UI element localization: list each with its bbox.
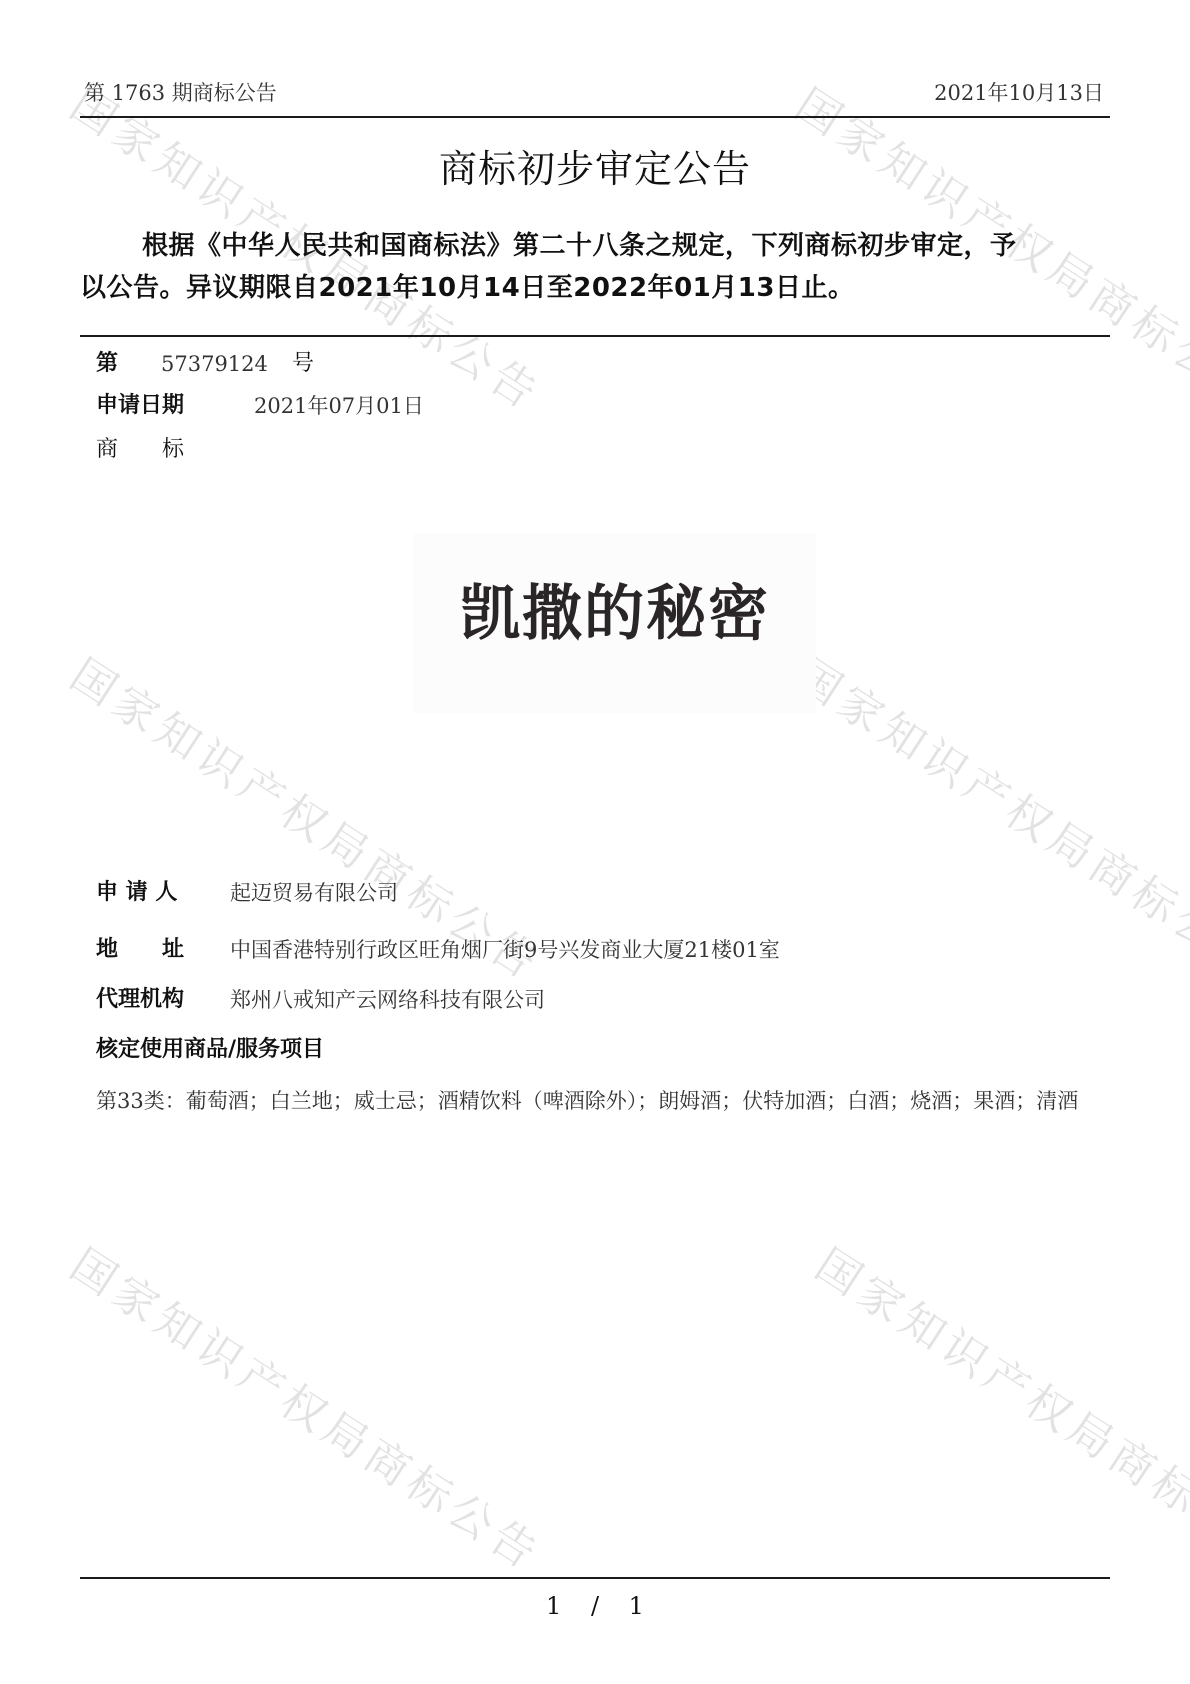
intro-line-1: 根据《中华人民共和国商标法》第二十八条之规定，下列商标初步审定，予 bbox=[80, 226, 1110, 266]
address-value: 中国香港特别行政区旺角烟厂街9号兴发商业大厦21楼01室 bbox=[230, 936, 780, 964]
header-date: 2021年10月13日 bbox=[934, 80, 1104, 106]
registration-number: 57379124 bbox=[161, 350, 268, 378]
filing-date: 2021年07月01日 bbox=[254, 392, 424, 420]
issue-number: 第 1763 期商标公告 bbox=[84, 80, 277, 106]
applicant-label: 申 请 人 bbox=[96, 879, 177, 907]
filing-date-label: 申请日期 bbox=[96, 392, 184, 420]
header-divider bbox=[80, 116, 1110, 118]
agent-label: 代理机构 bbox=[96, 986, 184, 1014]
section-divider bbox=[80, 335, 1110, 337]
number-label-suffix: 号 bbox=[292, 350, 314, 378]
footer-divider bbox=[80, 1577, 1110, 1579]
goods-list: 第33类：葡萄酒；白兰地；威士忌；酒精饮料（啤酒除外）；朗姆酒；伏特加酒；白酒；… bbox=[96, 1082, 1106, 1120]
page-title: 商标初步审定公告 bbox=[0, 146, 1190, 192]
agent-name: 郑州八戒知产云网络科技有限公司 bbox=[230, 986, 545, 1014]
address-label: 地 址 bbox=[96, 936, 184, 964]
applicant-name: 起迈贸易有限公司 bbox=[230, 879, 398, 907]
number-label-prefix: 第 bbox=[96, 350, 118, 378]
goods-label: 核定使用商品/服务项目 bbox=[96, 1036, 324, 1064]
watermark: 国家知识产权局商标公告 bbox=[805, 1230, 1190, 1583]
mark-label: 商 标 bbox=[96, 436, 184, 464]
page-number: 1 / 1 bbox=[0, 1592, 1190, 1620]
watermark: 国家知识产权局商标公告 bbox=[60, 1230, 556, 1583]
watermark: 国家知识产权局商标公告 bbox=[785, 640, 1190, 993]
intro-line-2: 以公告。异议期限自2021年10月14日至2022年01月13日止。 bbox=[80, 268, 1110, 308]
trademark-text: 凯撒的秘密 bbox=[414, 582, 816, 646]
